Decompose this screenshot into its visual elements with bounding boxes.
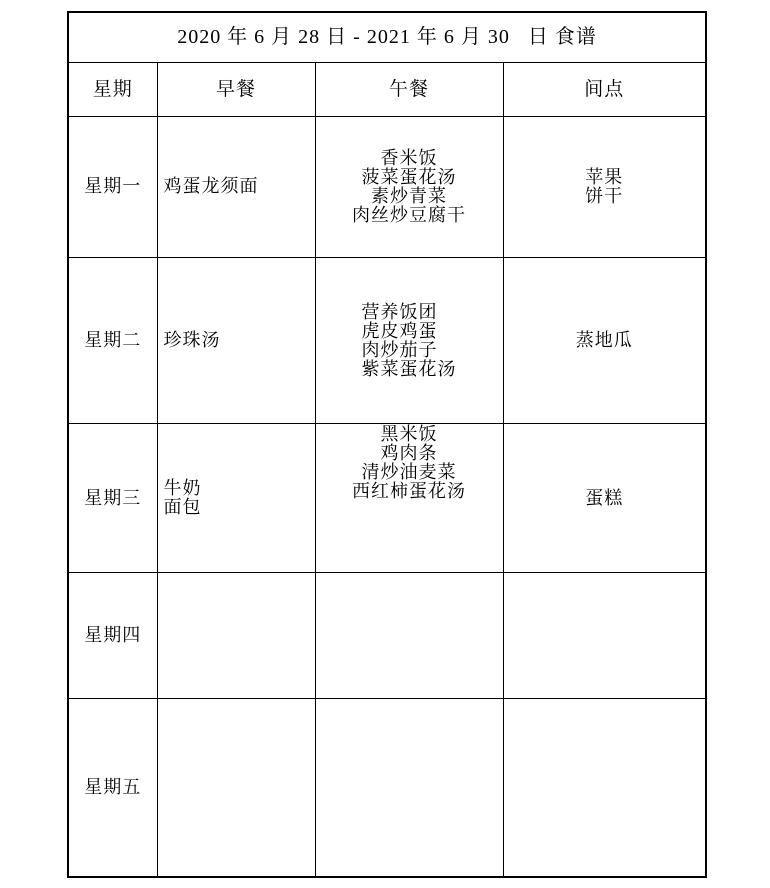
table-row-tuesday: 星期二 珍珠汤 营养饭团 虎皮鸡蛋 肉炒茄子 紫菜蛋花汤 蒸地瓜 [68,258,706,424]
table-row-monday: 星期一 鸡蛋龙须面 香米饭 菠菜蛋花汤 素炒青菜 肉丝炒豆腐干 苹果 饼干 [68,116,706,257]
header-snack: 间点 [503,62,706,116]
lunch-text: 营养饭团 虎皮鸡蛋 肉炒茄子 紫菜蛋花汤 [362,303,457,379]
breakfast-cell [157,699,315,877]
snack-text: 苹果 饼干 [585,168,623,206]
snack-cell: 蒸地瓜 [503,258,706,424]
weekday-cell: 星期五 [68,699,157,877]
breakfast-cell: 牛奶 面包 [157,424,315,572]
menu-table: 2020 年 6 月 28 日 - 2021 年 6 月 30 日 食谱 星期 … [67,11,707,878]
lunch-cell: 香米饭 菠菜蛋花汤 素炒青菜 肉丝炒豆腐干 [315,116,503,257]
weekday-cell: 星期一 [68,116,157,257]
table-row-wednesday: 星期三 牛奶 面包 黑米饭 鸡肉条 清炒油麦菜 西红柿蛋花汤 蛋糕 [68,424,706,572]
document-page: 2020 年 6 月 28 日 - 2021 年 6 月 30 日 食谱 星期 … [0,0,770,888]
lunch-cell: 营养饭团 虎皮鸡蛋 肉炒茄子 紫菜蛋花汤 [315,258,503,424]
header-breakfast: 早餐 [157,62,315,116]
table-row-friday: 星期五 [68,699,706,877]
lunch-cell [315,699,503,877]
table-row-title: 2020 年 6 月 28 日 - 2021 年 6 月 30 日 食谱 [68,12,706,62]
weekday-cell: 星期四 [68,572,157,698]
breakfast-cell: 鸡蛋龙须面 [157,116,315,257]
breakfast-cell: 珍珠汤 [157,258,315,424]
weekday-cell: 星期三 [68,424,157,572]
lunch-cell [315,572,503,698]
table-row-thursday: 星期四 [68,572,706,698]
snack-cell [503,699,706,877]
header-weekday: 星期 [68,62,157,116]
table-title: 2020 年 6 月 28 日 - 2021 年 6 月 30 日 食谱 [68,12,706,62]
snack-cell [503,572,706,698]
snack-cell: 苹果 饼干 [503,116,706,257]
header-lunch: 午餐 [315,62,503,116]
breakfast-cell [157,572,315,698]
lunch-cell: 黑米饭 鸡肉条 清炒油麦菜 西红柿蛋花汤 [315,424,503,572]
snack-cell: 蛋糕 [503,424,706,572]
table-row-header: 星期 早餐 午餐 间点 [68,62,706,116]
weekday-cell: 星期二 [68,258,157,424]
